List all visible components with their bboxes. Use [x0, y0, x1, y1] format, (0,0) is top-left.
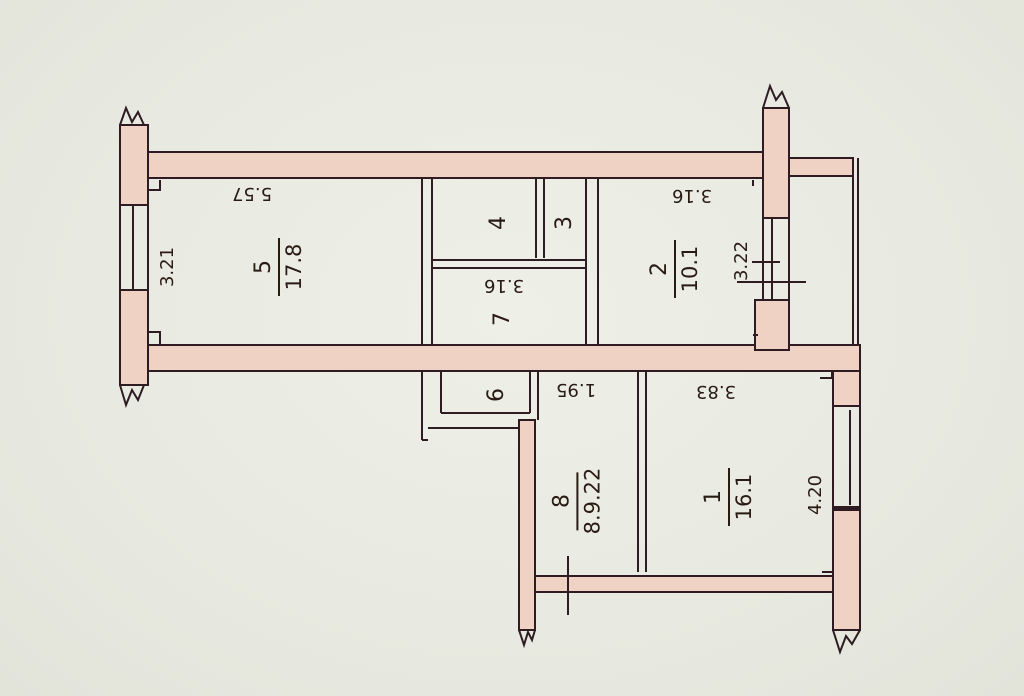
room-1-area: 16.1 [732, 474, 756, 521]
right-column-top [763, 108, 789, 218]
floor-plan-drawing [0, 0, 1024, 696]
left-wall-upper [120, 125, 148, 205]
room-1-length: 4.20 [807, 475, 825, 515]
room-1-number: 1 [702, 490, 726, 504]
right-wall-upper [833, 371, 860, 406]
room-8-area: 8.9.22 [580, 468, 604, 535]
room-2-area: 10.1 [678, 246, 702, 293]
bottom-wall [535, 576, 833, 592]
room-5-width: 5.57 [232, 184, 272, 202]
room-1-label: 1 16.1 [702, 468, 756, 526]
corridor-left-wall [519, 420, 535, 630]
room-5-number: 5 [252, 260, 276, 274]
room-3-number: 3 [554, 216, 576, 230]
room-8-fraction-bar [576, 472, 578, 530]
right-wall-lower [833, 510, 860, 630]
room-2-width: 3.16 [672, 186, 712, 204]
room-5-label: 5 17.8 [252, 238, 306, 296]
left-wall-lower [120, 290, 148, 385]
room-6-number: 6 [486, 388, 508, 402]
room-1-width: 3.83 [696, 382, 736, 400]
room-5-area: 17.8 [282, 244, 306, 291]
walls [120, 108, 860, 630]
balcony-top-wall [789, 158, 853, 176]
right-column-low [755, 300, 789, 350]
room-8-label: 8 8.9.22 [550, 468, 604, 535]
room-2-label: 2 10.1 [648, 240, 702, 298]
room-5-fraction-bar [278, 238, 280, 296]
room-2-length: 3.22 [733, 241, 751, 281]
room-7-number: 7 [492, 312, 514, 326]
room-4-number: 4 [488, 216, 510, 230]
room-2-number: 2 [648, 262, 672, 276]
room-2-fraction-bar [674, 240, 676, 298]
room-8-number: 8 [550, 494, 574, 508]
middle-wall [148, 345, 860, 371]
window-frames [120, 158, 860, 510]
top-wall [148, 152, 763, 178]
room-8-width: 1.95 [556, 380, 596, 398]
room-1-fraction-bar [728, 468, 730, 526]
room-7-width: 3.16 [484, 276, 524, 294]
room-5-length: 3.21 [159, 247, 177, 287]
